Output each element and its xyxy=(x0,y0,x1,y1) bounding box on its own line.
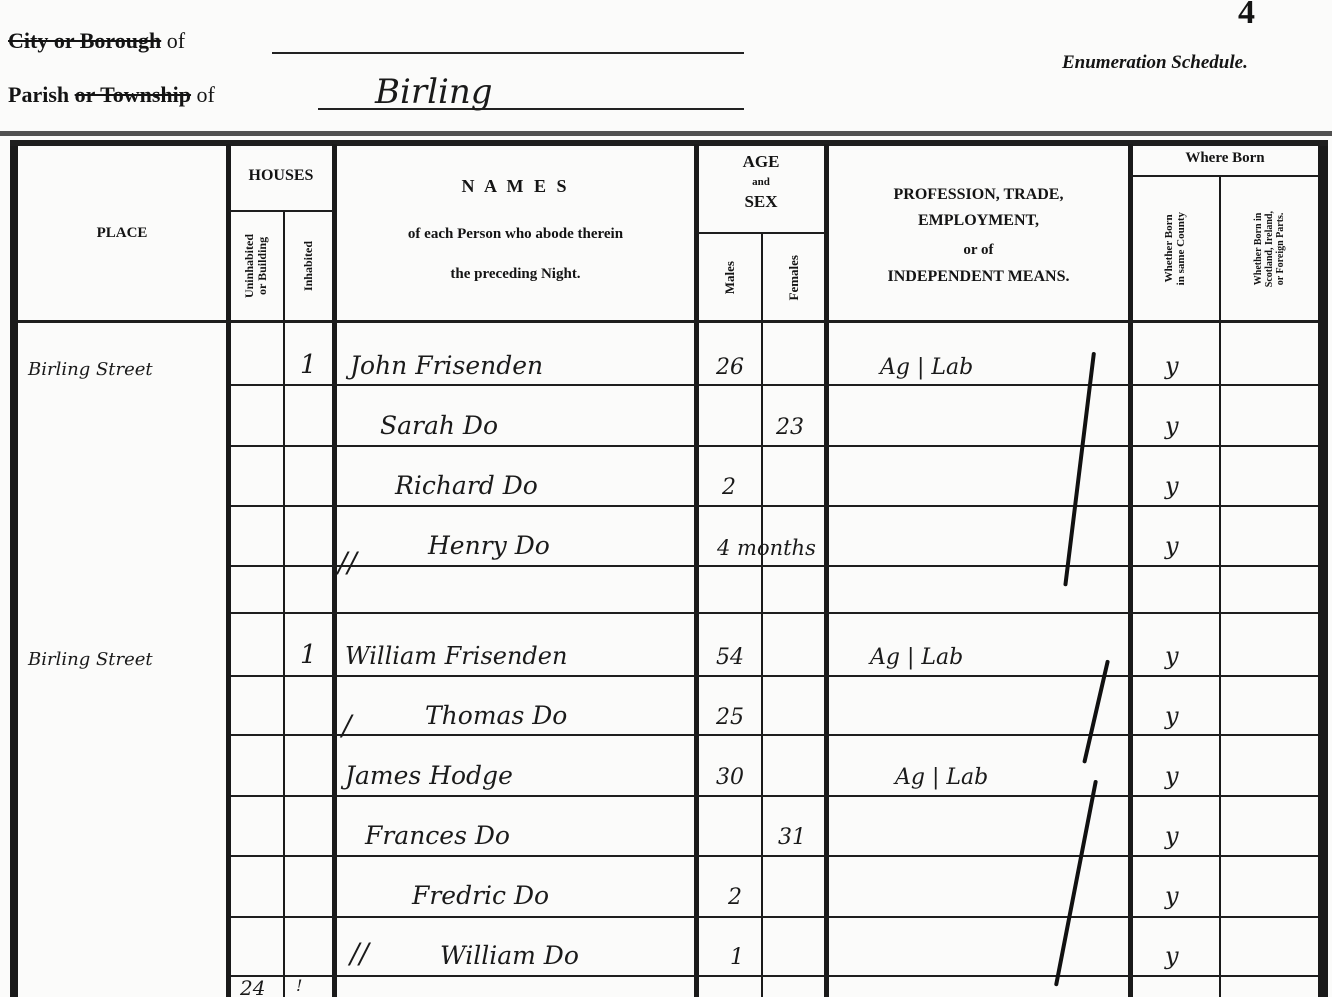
name-cell: John Frisenden xyxy=(350,326,694,386)
inhabited-cell: 1 xyxy=(300,618,332,676)
name-cell: Sarah Do xyxy=(380,388,694,446)
males-cell: 54 xyxy=(716,620,761,676)
header-age: AGE xyxy=(697,152,825,172)
schedule-number: 4 xyxy=(1238,0,1255,32)
name-cell: Fredric Do xyxy=(412,858,695,916)
males-cell: 1 xyxy=(730,918,762,976)
females-cell: 23 xyxy=(776,388,824,446)
where-born-subrule xyxy=(1131,175,1319,177)
males-cell: 26 xyxy=(716,330,761,386)
born-county-cell: y xyxy=(1165,798,1219,856)
header-profession-4: INDEPENDENT MEANS. xyxy=(829,268,1128,286)
born-county-cell: y xyxy=(1165,508,1219,566)
header-names-sub1: of each Person who abode therein xyxy=(337,226,694,243)
born-county-cell: y xyxy=(1165,388,1219,446)
mark-cell: // xyxy=(338,515,378,585)
ditto-stroke xyxy=(1063,352,1096,587)
col-divider-unhab xyxy=(283,210,285,997)
header-males-text: Males xyxy=(723,261,736,294)
header-age-and: and xyxy=(697,176,825,188)
born-county-cell: y xyxy=(1165,858,1219,916)
header-inhabited-text: Inhabited xyxy=(302,241,315,291)
born-county-cell: y xyxy=(1165,330,1219,386)
males-cell: 30 xyxy=(716,738,761,796)
header-profession-2: EMPLOYMENT, xyxy=(829,212,1128,230)
males-cell: 25 xyxy=(716,678,761,736)
row-rule xyxy=(231,612,1318,614)
header-profession-1: PROFESSION, TRADE, xyxy=(829,186,1128,204)
born-county-cell: y xyxy=(1165,448,1219,506)
place-cell: Birling Street xyxy=(28,620,226,676)
schedule-title: Enumeration Schedule. xyxy=(1062,52,1248,74)
header-born-foreign-text: Whether Born in Scotland, Ireland, or Fo… xyxy=(1253,211,1286,287)
inhabited-partial: ! xyxy=(296,976,302,995)
name-cell: William Do xyxy=(440,918,695,976)
inhabited-cell: 1 xyxy=(300,328,332,386)
header-born-county: Whether Born in same County xyxy=(1131,178,1219,320)
table-right-border xyxy=(1318,140,1328,997)
profession-cell: Ag | Lab xyxy=(880,330,1110,386)
females-cell: 31 xyxy=(778,798,824,856)
males-cell: 2 xyxy=(728,858,762,916)
born-county-cell: y xyxy=(1165,678,1219,736)
city-borough-label: City or Borough of xyxy=(8,28,185,54)
header-names-sub2: the preceding Night. xyxy=(337,266,694,283)
table-left-border xyxy=(10,140,18,997)
header-where-born: Where Born xyxy=(1131,150,1319,167)
city-label-of: of xyxy=(167,28,185,53)
header-houses: HOUSES xyxy=(229,158,333,194)
header-profession-3: or of xyxy=(829,242,1128,259)
uninhabited-partial: 24 xyxy=(240,976,265,997)
name-cell: Richard Do xyxy=(395,448,695,506)
header-sex: SEX xyxy=(697,192,825,212)
males-cell: 4 months xyxy=(717,508,887,566)
name-cell: James Hodge xyxy=(345,738,695,796)
parish-label: Parish or Township of xyxy=(8,82,215,108)
mark-cell: // xyxy=(350,918,400,976)
row-rule xyxy=(231,734,1318,736)
header-females: Females xyxy=(763,236,824,320)
profession-cell: Ag | Lab xyxy=(870,620,1110,676)
profession-cell: Ag | Lab xyxy=(895,738,1110,796)
name-cell: William Frisenden xyxy=(345,617,695,676)
header-place: PLACE xyxy=(18,146,226,320)
header-born-county-text: Whether Born in same County xyxy=(1163,212,1187,285)
header-born-foreign: Whether Born in Scotland, Ireland, or Fo… xyxy=(1221,178,1318,320)
parish-label-main: Parish xyxy=(8,82,69,107)
born-county-cell: y xyxy=(1165,738,1219,796)
age-subrule xyxy=(697,232,825,234)
header-bottom-rule xyxy=(18,320,1318,323)
city-value-line xyxy=(272,52,744,54)
ditto-stroke xyxy=(1054,780,1098,987)
header-names-title: N A M E S xyxy=(337,176,694,197)
city-label-struck: City or Borough xyxy=(8,28,161,53)
header-uninhabited-text: Uninhabited or Building xyxy=(243,234,269,298)
header-males: Males xyxy=(697,236,761,320)
name-cell: Frances Do xyxy=(365,798,695,856)
parish-label-struck: or Township xyxy=(75,82,191,107)
parish-label-of: of xyxy=(197,82,215,107)
born-county-cell: y xyxy=(1165,620,1219,676)
name-cell: Henry Do xyxy=(428,508,694,566)
header-females-text: Females xyxy=(787,255,800,300)
page-top-rule xyxy=(0,131,1332,136)
males-cell: 2 xyxy=(722,448,762,506)
header-inhabited: Inhabited xyxy=(285,212,332,320)
born-county-cell: y xyxy=(1165,918,1219,976)
header-uninhabited: Uninhabited or Building xyxy=(229,212,283,320)
name-cell: Thomas Do xyxy=(425,678,695,736)
parish-value: Birling xyxy=(375,72,493,112)
place-cell: Birling Street xyxy=(28,330,226,386)
